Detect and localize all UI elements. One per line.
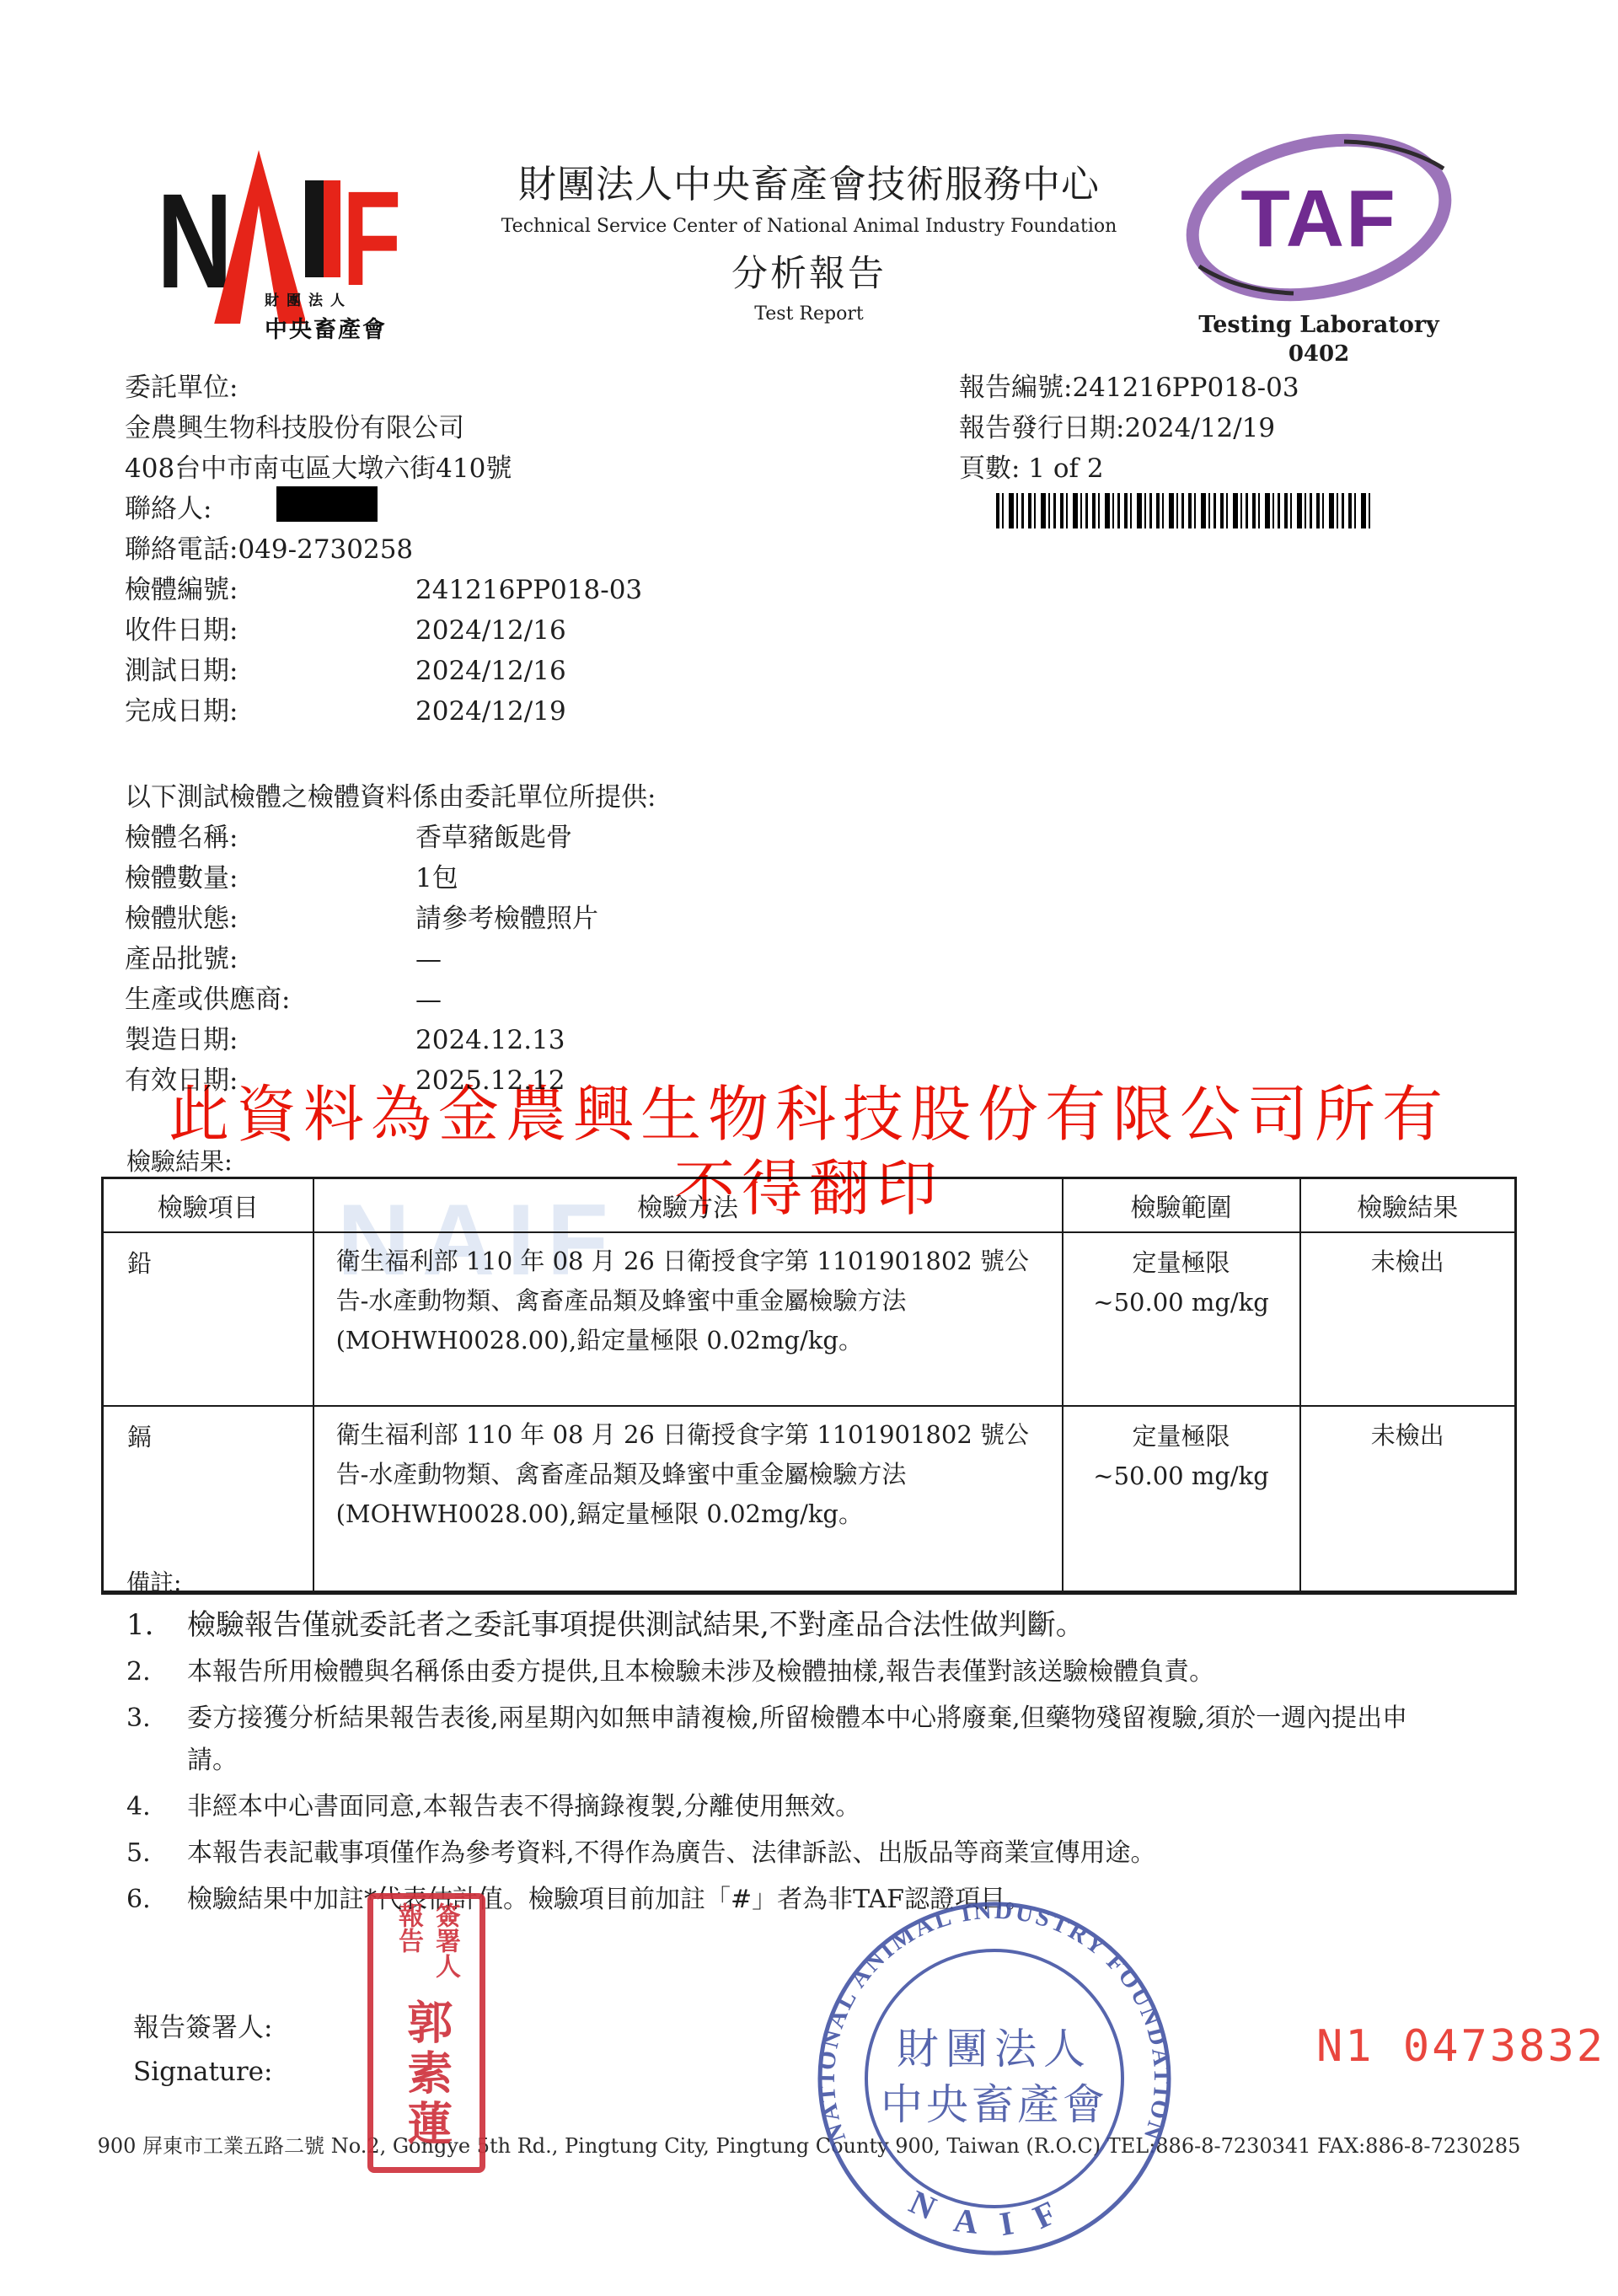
client-info: 委託單位: 金農興生物科技股份有限公司 408台中市南屯區大墩六街410號 聯絡… [125,367,883,732]
note-text: 本報告所用檢體與名稱係由委方提供,且本檢驗未涉及檢體抽樣,報告表僅對該送驗檢體負… [187,1651,1434,1693]
result-cell: 未檢出 [1300,1406,1516,1593]
title-block: 財團法人中央畜產會技術服務中心 Technical Service Center… [472,153,1146,325]
issue-date-label: 報告發行日期: [959,413,1124,443]
seal-center-line2: 中央畜產會 [881,2080,1108,2129]
method-cell: 衛生福利部 110 年 08 月 26 日衛授食字第 1101901802 號公… [313,1406,1063,1593]
taf-number: 0402 [1289,341,1349,367]
note-text: 非經本中心書面同意,本報告表不得摘錄複製,分離使用無效。 [187,1786,1434,1828]
sample-row: 生產或供應商: — [125,979,1136,1020]
note-text: 本報告表記載事項僅作為參考資料,不得作為廣告、法律訴訟、出版品等商業宣傳用途。 [187,1832,1434,1875]
table-row-cadmium: 鎘 衛生福利部 110 年 08 月 26 日衛授食字第 1101901802 … [103,1406,1516,1593]
redacted-contact-name [276,486,378,522]
received-date-value: 2024/12/16 [415,610,566,651]
note-item: 6. 檢驗結果中加註*代表估計值。檢驗項目前加註「#」者為非TAF認證項目。 [126,1879,1475,1921]
note-number: 4. [126,1786,187,1828]
sample-state-label: 檢體狀態: [125,899,415,939]
supplier-label: 生產或供應商: [125,979,415,1020]
signer-stamp-title: 簽署人 報告 [389,1902,463,1997]
table-row-lead: 鉛 衛生福利部 110 年 08 月 26 日衛授食字第 1101901802 … [103,1232,1516,1406]
range-cell: 定量極限 ~50.00 mg/kg [1063,1232,1300,1406]
report-barcode [996,493,1371,528]
phone-label: 聯絡電話: [125,534,238,565]
sample-no-label: 檢體編號: [125,570,415,610]
note-text: 委方接獲分析結果報告表後,兩星期內如無申請複檢,所留檢體本中心將廢棄,但藥物殘留… [187,1698,1434,1782]
taf-logo-icon: TAF Testing Laboratory 0402 [1133,101,1521,371]
sample-row: 檢體名稱: 香草豬飯匙骨 [125,818,1136,858]
sample-info: 以下測試檢體之檢體資料係由委託單位所提供: 檢體名稱: 香草豬飯匙骨 檢體數量:… [125,777,1136,1101]
taf-caption: Testing Laboratory [1198,312,1440,338]
test-date-label: 測試日期: [125,651,415,691]
report-no-value: 241216PP018-03 [1072,373,1299,403]
naif-logo-caption: 財團法人 中央畜產會 [265,288,387,344]
note-number: 5. [126,1832,187,1875]
seal-ring-bottom-text: NAIF [903,2182,1085,2244]
test-date-value: 2024/12/16 [415,651,566,691]
phone-row: 聯絡電話:049-2730258 [125,529,883,570]
sample-qty-label: 檢體數量: [125,858,415,899]
report-title: 分析報告 [472,245,1146,297]
client-label: 委託單位: [125,367,883,408]
taf-logo: TAF Testing Laboratory 0402 [1133,101,1521,371]
ownership-watermark-line1: 此資料為金農興生物科技股份有限公司所有 [0,1077,1618,1151]
sample-qty-value: 1包 [415,858,458,899]
org-subtitle: Technical Service Center of National Ani… [472,216,1146,237]
sample-name-value: 香草豬飯匙骨 [415,818,572,858]
svg-text:NAIF: NAIF [903,2182,1085,2244]
completed-date-label: 完成日期: [125,691,415,732]
contact-row: 聯絡人: [125,489,883,529]
note-item: 4. 非經本中心書面同意,本報告表不得摘錄複製,分離使用無效。 [126,1786,1475,1828]
org-title: 財團法人中央畜產會技術服務中心 [472,153,1146,208]
report-info: 報告編號:241216PP018-03 報告發行日期:2024/12/19 頁數… [959,367,1549,489]
note-number: 2. [126,1651,187,1693]
mfg-date-label: 製造日期: [125,1020,415,1060]
method-cell: 衛生福利部 110 年 08 月 26 日衛授食字第 1101901802 號公… [313,1232,1063,1406]
item-cell: 鎘 [103,1406,313,1593]
note-item: 1. 檢驗報告僅就委託者之委託事項提供測試結果,不對產品合法性做判斷。 [126,1603,1475,1647]
test-report-page: N F 財團法人 中央畜產會 財團法人中央畜產會技術服務中心 Technical… [0,0,1618,2296]
naif-letter-f: F [342,171,401,306]
pages-label: 頁數: [959,453,1020,484]
note-item: 3. 委方接獲分析結果報告表後,兩星期內如無申請複檢,所留檢體本中心將廢棄,但藥… [126,1698,1475,1782]
naif-letter-n: N [157,174,233,308]
item-cell: 鉛 [103,1232,313,1406]
note-number: 6. [126,1879,187,1921]
received-date-row: 收件日期: 2024/12/16 [125,610,883,651]
signer-label: 報告簽署人: [133,2006,272,2050]
note-item: 2. 本報告所用檢體與名稱係由委方提供,且本檢驗未涉及檢體抽樣,報告表僅對該送驗… [126,1651,1475,1693]
naif-letter-i-icon [305,180,340,277]
mfg-date-value: 2024.12.13 [415,1020,565,1060]
contact-label: 聯絡人: [125,494,212,524]
batch-no-label: 產品批號: [125,939,415,979]
sample-row: 產品批號: — [125,939,1136,979]
sample-row: 檢體數量: 1包 [125,858,1136,899]
naif-caption-line1: 財團法人 [265,288,387,309]
note-item: 5. 本報告表記載事項僅作為參考資料,不得作為廣告、法律訴訟、出版品等商業宣傳用… [126,1832,1475,1875]
sample-intro: 以下測試檢體之檢體資料係由委託單位所提供: [125,777,1136,818]
note-text: 檢驗報告僅就委託者之委託事項提供測試結果,不對產品合法性做判斷。 [187,1603,1434,1647]
test-date-row: 測試日期: 2024/12/16 [125,651,883,691]
foundation-seal: NATIONAL ANIMAL INDUSTRY FOUNDATION NAIF… [809,1893,1180,2264]
batch-no-value: — [415,939,442,979]
note-number: 3. [126,1698,187,1782]
sample-name-label: 檢體名稱: [125,818,415,858]
naif-caption-line2: 中央畜產會 [265,311,387,344]
completed-date-row: 完成日期: 2024/12/19 [125,691,883,732]
client-name: 金農興生物科技股份有限公司 [125,408,883,448]
sample-state-value: 請參考檢體照片 [415,899,598,939]
ownership-watermark-line2: 不得翻印 [0,1151,1618,1226]
range-cell: 定量極限 ~50.00 mg/kg [1063,1406,1300,1593]
seal-center-line1: 財團法人 [897,2025,1092,2073]
naif-logo: N F 財團法人 中央畜產會 [160,150,413,331]
signature-label: Signature: [133,2050,272,2094]
sample-no-row: 檢體編號: 241216PP018-03 [125,570,883,610]
signer-stamp: 簽署人 報告 郭素蓮 [367,1893,485,2173]
issue-date-row: 報告發行日期:2024/12/19 [959,408,1549,448]
taf-letters: TAF [1240,174,1396,264]
report-subtitle: Test Report [472,303,1146,325]
issue-date-value: 2024/12/19 [1124,413,1275,443]
notes-list: 1. 檢驗報告僅就委託者之委託事項提供測試結果,不對產品合法性做判斷。 2. 本… [126,1603,1475,1925]
supplier-value: — [415,979,442,1020]
completed-date-value: 2024/12/19 [415,691,566,732]
report-no-label: 報告編號: [959,373,1072,403]
result-cell: 未檢出 [1300,1232,1516,1406]
document-serial-number: N1 0473832 [1316,2021,1605,2072]
report-no-row: 報告編號:241216PP018-03 [959,367,1549,408]
sample-no-value: 241216PP018-03 [415,570,642,610]
pages-value: 1 of 2 [1020,453,1103,484]
phone-value: 049-2730258 [238,534,413,565]
sample-row: 檢體狀態: 請參考檢體照片 [125,899,1136,939]
sample-row: 製造日期: 2024.12.13 [125,1020,1136,1060]
signer-stamp-name: 郭素蓮 [401,1998,451,2150]
foundation-seal-icon: NATIONAL ANIMAL INDUSTRY FOUNDATION NAIF… [809,1893,1180,2264]
signature-block: 報告簽署人: Signature: [133,2006,272,2094]
client-address: 408台中市南屯區大墩六街410號 [125,448,883,489]
results-table: 檢驗項目 檢驗方法 檢驗範圍 檢驗結果 鉛 衛生福利部 110 年 08 月 2… [101,1177,1517,1595]
received-date-label: 收件日期: [125,610,415,651]
note-number: 1. [126,1603,187,1647]
pages-row: 頁數: 1 of 2 [959,448,1549,489]
